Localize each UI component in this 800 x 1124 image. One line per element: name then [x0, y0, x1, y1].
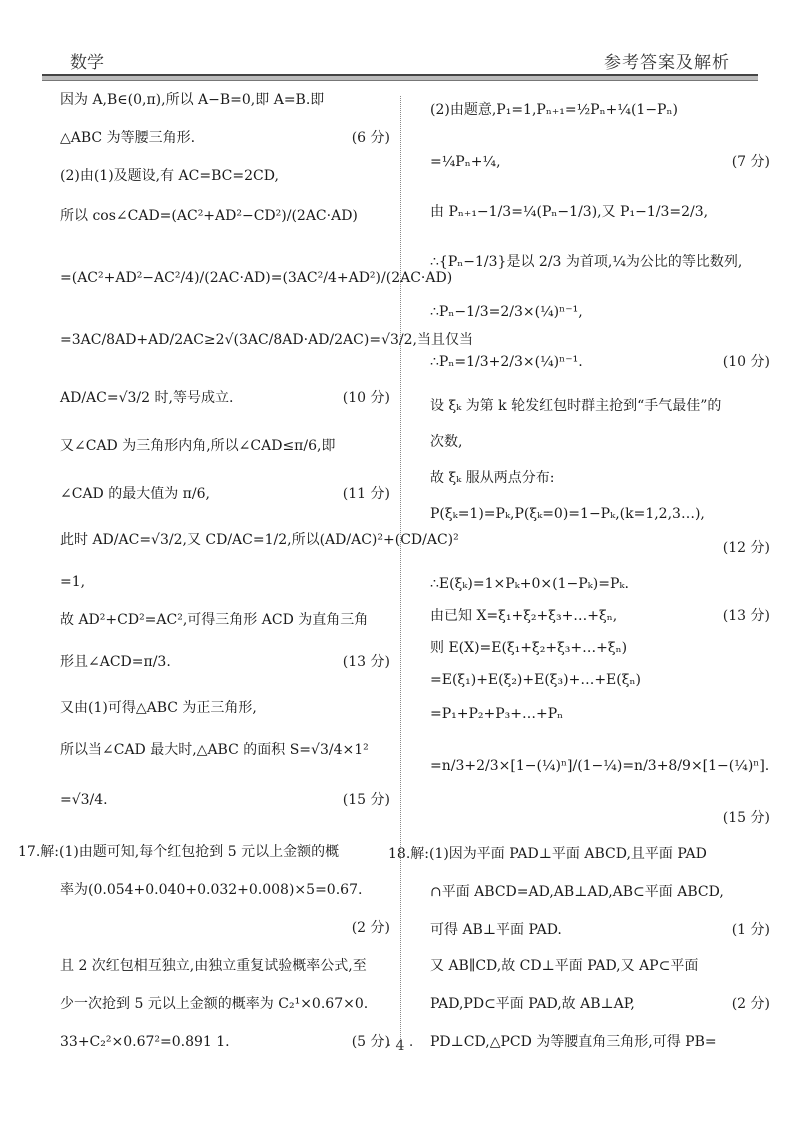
solution-text: 又由(1)可得△ABC 为正三角形,	[60, 698, 257, 718]
column-divider	[400, 96, 401, 1041]
solution-text: 所以当∠CAD 最大时,△ABC 的面积 S=√3/4×1²	[60, 740, 369, 760]
solution-text: 因为 A,B∈(0,π),所以 A−B=0,即 A=B.即	[60, 90, 324, 110]
document-title: 参考答案及解析	[604, 48, 730, 73]
solution-text: =¼Pₙ+¼,	[430, 152, 501, 172]
solution-text: 由已知 X=ξ₁+ξ₂+ξ₃+…+ξₙ,	[430, 606, 617, 626]
score-label: (2 分)	[732, 994, 770, 1014]
solution-text: 故 AD²+CD²=AC²,可得三角形 ACD 为直角三角	[60, 610, 368, 630]
solution-text: =1,	[60, 572, 85, 592]
solution-text: 17.解:(1)由题可知,每个红包抢到 5 元以上金额的概	[18, 842, 339, 862]
solution-text: 此时 AD/AC=√3/2,又 CD/AC=1/2,所以(AD/AC)²+(CD…	[60, 530, 459, 550]
solution-text: =P₁+P₂+P₃+…+Pₙ	[430, 704, 563, 724]
score-label: (10 分)	[723, 352, 770, 372]
solution-text: 又 AB∥CD,故 CD⊥平面 PAD,又 AP⊂平面	[430, 956, 698, 976]
solution-text: ∴E(ξₖ)=1×Pₖ+0×(1−Pₖ)=Pₖ.	[430, 574, 629, 594]
score-label: (13 分)	[343, 652, 390, 672]
solution-text: ∠CAD 的最大值为 π/6,	[60, 484, 210, 504]
solution-text: 率为(0.054+0.040+0.032+0.008)×5=0.67.	[60, 880, 362, 900]
solution-text: 少一次抢到 5 元以上金额的概率为 C₂¹×0.67×0.	[60, 994, 368, 1014]
solution-text: =E(ξ₁)+E(ξ₂)+E(ξ₃)+…+E(ξₙ)	[430, 670, 641, 690]
solution-text: △ABC 为等腰三角形.	[60, 128, 195, 148]
score-label: (1 分)	[732, 920, 770, 940]
solution-text: ∴Pₙ−1/3=2/3×(¼)ⁿ⁻¹,	[430, 302, 583, 322]
solution-text: ∴Pₙ=1/3+2/3×(¼)ⁿ⁻¹.	[430, 352, 583, 372]
solution-text: 18.解:(1)因为平面 PAD⊥平面 ABCD,且平面 PAD	[388, 844, 707, 864]
solution-text: 设 ξₖ 为第 k 轮发红包时群主抢到“手气最佳”的	[430, 396, 721, 416]
score-label: (11 分)	[343, 484, 390, 504]
solution-text: (2)由(1)及题设,有 AC=BC=2CD,	[60, 166, 279, 186]
score-label: (2 分)	[352, 918, 390, 938]
solution-text: 且 2 次红包相互独立,由独立重复试验概率公式,至	[60, 956, 367, 976]
solution-text: AD/AC=√3/2 时,等号成立.	[60, 388, 233, 408]
solution-text: (2)由题意,P₁=1,Pₙ₊₁=½Pₙ+¼(1−Pₙ)	[430, 100, 678, 120]
subject-label: 数学	[70, 48, 104, 73]
page-number: · 4 ·	[0, 1038, 800, 1054]
solution-text: =(AC²+AD²−AC²/4)/(2AC·AD)=(3AC²/4+AD²)/(…	[60, 268, 452, 288]
score-label: (12 分)	[723, 538, 770, 558]
score-label: (15 分)	[343, 790, 390, 810]
solution-text: 又∠CAD 为三角形内角,所以∠CAD≤π/6,即	[60, 436, 335, 456]
score-label: (7 分)	[732, 152, 770, 172]
solution-text: =√3/4.	[60, 790, 108, 810]
solution-text: 形且∠ACD=π/3.	[60, 652, 171, 672]
solution-text: 次数,	[430, 432, 462, 452]
solution-text: 可得 AB⊥平面 PAD.	[430, 920, 562, 940]
solution-text: 则 E(X)=E(ξ₁+ξ₂+ξ₃+…+ξₙ)	[430, 638, 627, 658]
score-label: (10 分)	[343, 388, 390, 408]
solution-text: 所以 cos∠CAD=(AC²+AD²−CD²)/(2AC·AD)	[60, 206, 358, 226]
solution-text: P(ξₖ=1)=Pₖ,P(ξₖ=0)=1−Pₖ,(k=1,2,3…),	[430, 504, 705, 524]
solution-text: =3AC/8AD+AD/2AC≥2√(3AC/8AD·AD/2AC)=√3/2,…	[60, 330, 473, 350]
solution-text: 故 ξₖ 服从两点分布:	[430, 468, 554, 488]
score-label: (13 分)	[723, 606, 770, 626]
score-label: (6 分)	[352, 128, 390, 148]
solution-text: ∩平面 ABCD=AD,AB⊥AD,AB⊂平面 ABCD,	[430, 882, 724, 902]
solution-text: PAD,PD⊂平面 PAD,故 AB⊥AP,	[430, 994, 635, 1014]
solution-text: ∴{Pₙ−1/3}是以 2/3 为首项,¼为公比的等比数列,	[430, 252, 742, 272]
solution-text: =n/3+2/3×[1−(¼)ⁿ]/(1−¼)=n/3+8/9×[1−(¼)ⁿ]…	[430, 756, 769, 776]
score-label: (15 分)	[723, 808, 770, 828]
header-rule	[42, 74, 758, 81]
solution-text: 由 Pₙ₊₁−1/3=¼(Pₙ−1/3),又 P₁−1/3=2/3,	[430, 202, 708, 222]
